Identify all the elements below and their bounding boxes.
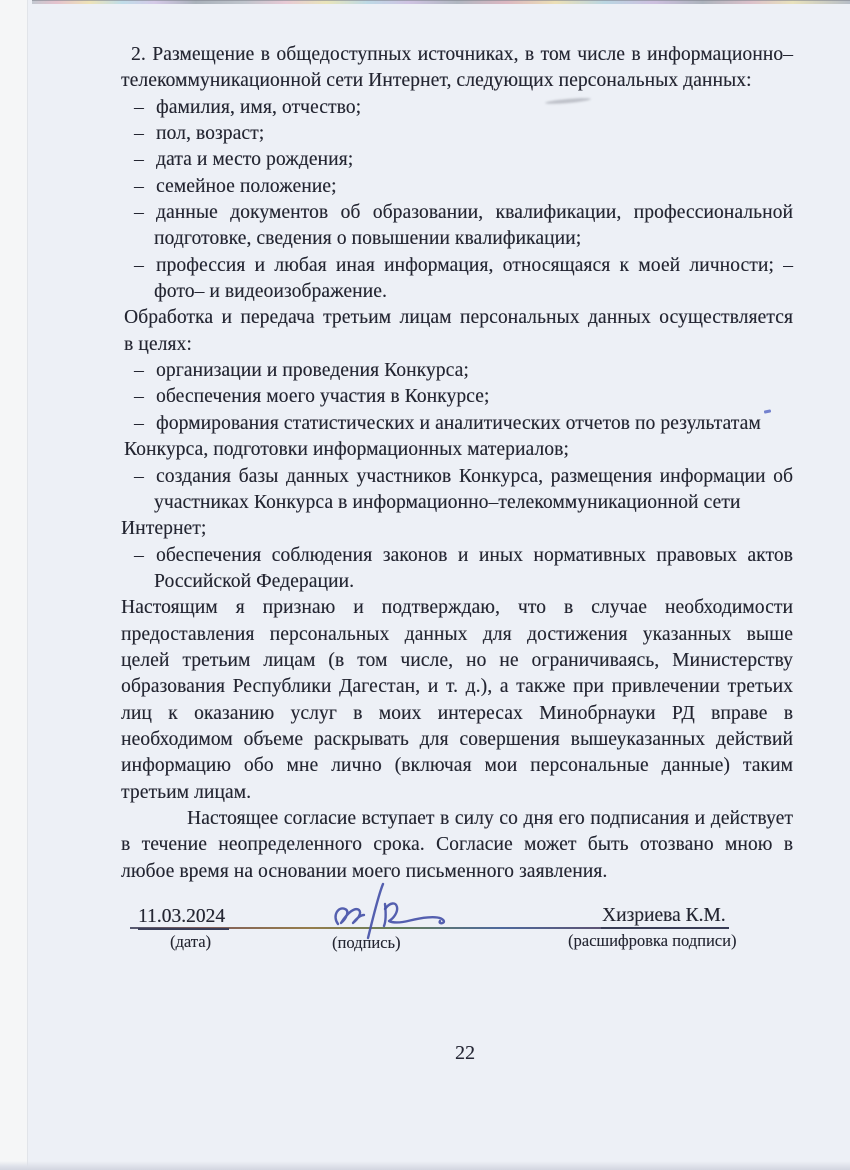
line-text: фото– и видеоизображение. [154,281,387,302]
date-label: (дата) [170,932,211,952]
text-line: Российской Федерации. [121,569,793,595]
line-text: Интернет; [121,518,206,539]
bullet-dash: – [121,543,156,569]
line-text: фамилия, имя, отчество; [156,97,361,118]
line-text: целей третьим лицам (в том числе, но не … [121,650,793,671]
bullet-dash: – [121,147,156,173]
document-text-block: 2. Размещение в общедоступных источниках… [121,42,793,885]
scanned-document-page: 2. Размещение в общедоступных источниках… [0,0,850,1170]
text-line: информацию обо мне лично (включая мои пе… [121,753,793,779]
text-line: третьим лицам. [121,780,793,806]
text-line: в целях: [121,332,793,358]
line-text: информацию обо мне лично (включая мои пе… [121,755,793,776]
line-text: пол, возраст; [156,123,264,144]
text-line: целей третьим лицам (в том числе, но не … [121,648,793,674]
bullet-dash: – [121,95,156,121]
line-text: третьим лицам. [121,782,251,803]
bullet-dash: – [121,174,156,200]
line-text: подготовке, сведения о повышении квалифи… [154,228,581,249]
text-line: –семейное положение; [121,174,793,200]
line-text: семейное положение; [156,176,337,197]
line-text: обеспечения соблюдения законов и иных но… [156,545,793,566]
text-line: в течение неопределенного срока. Согласи… [121,832,793,858]
text-line: телекоммуникационной сети Интернет, след… [121,68,793,94]
text-line: необходимом объеме раскрывать для соверш… [121,727,793,753]
line-text: участниках Конкурса в информационно–теле… [154,492,740,513]
text-line: Настоящим я признаю и подтверждаю, что в… [121,595,793,621]
scan-edge-top [32,0,850,4]
line-text: Обработка и передача третьим лицам персо… [124,307,793,328]
text-line: участниках Конкурса в информационно–теле… [121,490,793,516]
text-line: –формирования статистических и аналитиче… [121,411,793,437]
bullet-dash: – [121,253,156,279]
line-text: формирования статистических и аналитичес… [156,413,761,434]
line-text: в течение неопределенного срока. Согласи… [121,834,793,855]
line-text: лиц к оказанию услуг в моих интересах Ми… [121,703,793,724]
text-line: –данные документов об образовании, квали… [121,200,793,226]
bullet-dash: – [121,464,156,490]
text-line: Настоящее согласие вступает в силу со дн… [121,806,793,832]
bullet-dash: – [121,411,156,437]
line-text: телекоммуникационной сети Интернет, след… [121,70,752,91]
bullet-dash: – [121,121,156,147]
line-text: организации и проведения Конкурса; [156,360,469,381]
name-label: (расшифровка подписи) [568,931,736,951]
line-text: 2. Размещение в общедоступных источниках… [131,44,793,65]
line-text: предоставления персональных данных для д… [121,624,793,645]
text-line: –профессия и любая иная информация, отно… [121,253,793,279]
text-line: –обеспечения моего участия в Конкурсе; [121,384,793,410]
line-text: любое время на основании моего письменно… [121,861,607,882]
text-line: подготовке, сведения о повышении квалифи… [121,226,793,252]
line-text: создания базы данных участников Конкурса… [156,466,793,487]
line-text: дата и место рождения; [156,149,353,170]
line-text: Настоящим я признаю и подтверждаю, что в… [121,597,793,618]
text-line: лиц к оказанию услуг в моих интересах Ми… [121,701,793,727]
signature-date: 11.03.2024 [138,906,229,930]
text-line: Обработка и передача третьим лицам персо… [121,305,793,331]
text-line: –пол, возраст; [121,121,793,147]
scan-edge-left [0,0,28,1170]
scan-edge-bottom [0,1161,850,1170]
signatory-name: Хизриева К.М. [601,904,729,929]
line-text: в целях: [124,334,192,355]
text-line: –организации и проведения Конкурса; [121,358,793,384]
bullet-dash: – [121,200,156,226]
text-line: –дата и место рождения; [121,147,793,173]
line-text: обеспечения моего участия в Конкурсе; [156,386,489,407]
line-text: данные документов об образовании, квалиф… [156,202,793,223]
text-line: –создания базы данных участников Конкурс… [121,464,793,490]
bullet-dash: – [121,358,156,384]
line-text: Конкурса, подготовки информационных мате… [124,439,569,460]
text-line: Конкурса, подготовки информационных мате… [121,437,793,463]
text-line: –обеспечения соблюдения законов и иных н… [121,543,793,569]
text-line: 2. Размещение в общедоступных источниках… [121,42,793,68]
line-text: необходимом объеме раскрывать для соверш… [121,729,793,750]
text-line: –фамилия, имя, отчество; [121,95,793,121]
line-text: Российской Федерации. [154,571,354,592]
signature-label: (подпись) [332,933,401,953]
text-line: предоставления персональных данных для д… [121,622,793,648]
line-text: профессия и любая иная информация, относ… [156,255,793,276]
bullet-dash: – [121,384,156,410]
text-line: фото– и видеоизображение. [121,279,793,305]
line-text: образования Республики Дагестан, и т. д.… [121,676,793,697]
line-text: Настоящее согласие вступает в силу со дн… [187,808,793,829]
text-line: Интернет; [121,516,793,542]
page-number: 22 [40,1042,850,1065]
text-line: образования Республики Дагестан, и т. д.… [121,674,793,700]
